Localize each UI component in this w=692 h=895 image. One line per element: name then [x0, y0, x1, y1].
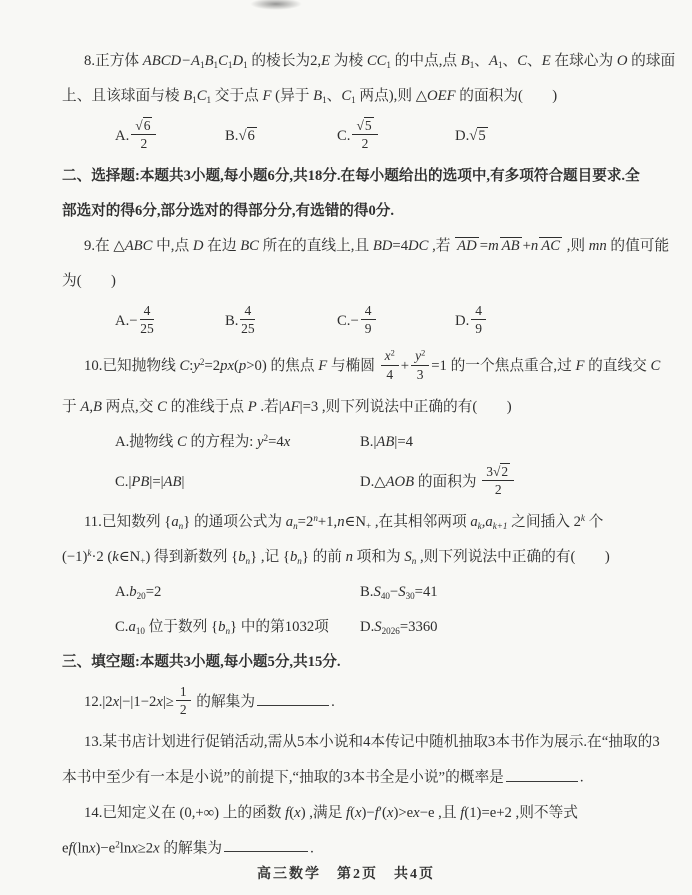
square-root: √5 — [469, 127, 487, 144]
vector: AD — [455, 237, 479, 255]
q12-line: 12.|2x|−|1−2x|≥12 的解集为. — [62, 686, 644, 719]
exam-content: 8.正方体 ABCD−A1B1C1D1 的棱长为2,E 为棱 CC1 的中点,点… — [62, 50, 644, 872]
answer-blank — [506, 766, 578, 782]
q8-option-c: C.√52 — [337, 120, 455, 153]
fraction: x24 — [381, 348, 399, 381]
answer-blank — [224, 837, 308, 853]
vector: AB — [500, 237, 522, 255]
q9-option-c: C.−49 — [337, 305, 455, 338]
answer-blank — [257, 690, 329, 706]
q11-option-b: B.S40−S30=41 — [360, 581, 644, 604]
page-footer: 高三数学 第2页 共4页 — [0, 863, 692, 883]
section-2-header-line-2: 部选对的得6分,部分选对的得部分分,有选错的得0分. — [62, 200, 644, 223]
q8-line-1: 8.正方体 ABCD−A1B1C1D1 的棱长为2,E 为棱 CC1 的中点,点… — [62, 50, 644, 73]
q9-option-b: B.425 — [225, 305, 337, 338]
q10-line-2: 于 A,B 两点,交 C 的准线于点 P .若|AF|=3 ,则下列说法中正确的… — [62, 396, 644, 419]
section-2-header-line-1: 二、选择题:本题共3小题,每小题6分,共18分.在每小题给出的选项中,有多项符合… — [62, 165, 644, 188]
fraction: 12 — [176, 684, 191, 717]
fraction: 49 — [361, 303, 376, 336]
fraction: 49 — [471, 303, 486, 336]
q10-line-1: 10.已知抛物线 C:y2=2px(p>0) 的焦点 F 与椭圆 x24+y23… — [62, 350, 644, 383]
square-root: √5 — [356, 117, 373, 133]
q11-line-2: (−1)k·2 (k∈N+) 得到新数列 {bn} ,记 {bn} 的前 n 项… — [62, 546, 644, 569]
fraction: √62 — [131, 118, 156, 151]
q9-line-1: 9.在 △ABC 中,点 D 在边 BC 所在的直线上,且 BD=4DC ,若 … — [62, 235, 644, 258]
q8-option-a: A.√62 — [115, 120, 225, 153]
square-root: √6 — [135, 117, 152, 133]
q10-options-row-2: C.|PB|=|AB|D.△AOB 的面积为 3√22 — [62, 466, 644, 499]
q8-option-b: B.√6 — [225, 125, 337, 148]
q10-option-c: C.|PB|=|AB| — [115, 471, 360, 494]
q8-options: A.√62B.√6C.√52D.√5 — [62, 120, 644, 153]
square-root: √2 — [493, 463, 510, 479]
q13-line-1: 13.某书店计划进行促销活动,需从5本小说和4本传记中随机抽取3本书作为展示.在… — [62, 731, 644, 754]
q10-options-row-1: A.抛物线 C 的方程为: y2=4xB.|AB|=4 — [62, 431, 644, 454]
fraction: y23 — [411, 348, 429, 381]
fraction: 425 — [140, 303, 155, 336]
q11-options-row-1: A.b20=2B.S40−S30=41 — [62, 581, 644, 604]
q14-line-1: 14.已知定义在 (0,+∞) 上的函数 f(x) ,满足 f(x)−f′(x)… — [62, 802, 644, 825]
q8-option-d: D.√5 — [455, 125, 644, 148]
q10-option-b: B.|AB|=4 — [360, 431, 644, 454]
exam-page: 8.正方体 ABCD−A1B1C1D1 的棱长为2,E 为棱 CC1 的中点,点… — [0, 0, 692, 895]
q11-option-a: A.b20=2 — [115, 581, 360, 604]
square-root: √6 — [238, 127, 256, 144]
section-3-header: 三、填空题:本题共3小题,每小题5分,共15分. — [62, 651, 644, 674]
q10-option-a: A.抛物线 C 的方程为: y2=4x — [115, 431, 360, 454]
vector: AC — [539, 237, 562, 255]
fraction: √52 — [352, 118, 377, 151]
fraction: 3√22 — [482, 464, 514, 497]
q9-options: A.−425B.425C.−49D.49 — [62, 305, 644, 338]
q11-option-c: C.a10 位于数列 {bn} 中的第1032项 — [115, 616, 360, 639]
q9-option-a: A.−425 — [115, 305, 225, 338]
q14-line-2: ef(lnx)−e2lnx≥2x 的解集为. — [62, 837, 644, 861]
q13-line-2: 本书中至少有一本是小说”的前提下,“抽取的3本书全是小说”的概率是. — [62, 766, 644, 790]
scan-smudge-mark — [250, 0, 302, 10]
fraction: 425 — [240, 303, 255, 336]
q9-line-2: 为( ) — [62, 270, 644, 293]
q8-line-2: 上、且该球面与棱 B1C1 交于点 F (异于 B1、C1 两点),则 △OEF… — [62, 85, 644, 108]
q11-option-d: D.S2026=3360 — [360, 616, 644, 639]
q11-options-row-2: C.a10 位于数列 {bn} 中的第1032项D.S2026=3360 — [62, 616, 644, 639]
q9-option-d: D.49 — [455, 305, 644, 338]
q10-option-d: D.△AOB 的面积为 3√22 — [360, 466, 644, 499]
q11-line-1: 11.已知数列 {an} 的通项公式为 an=2n+1,n∈N+ ,在其相邻两项… — [62, 511, 644, 534]
